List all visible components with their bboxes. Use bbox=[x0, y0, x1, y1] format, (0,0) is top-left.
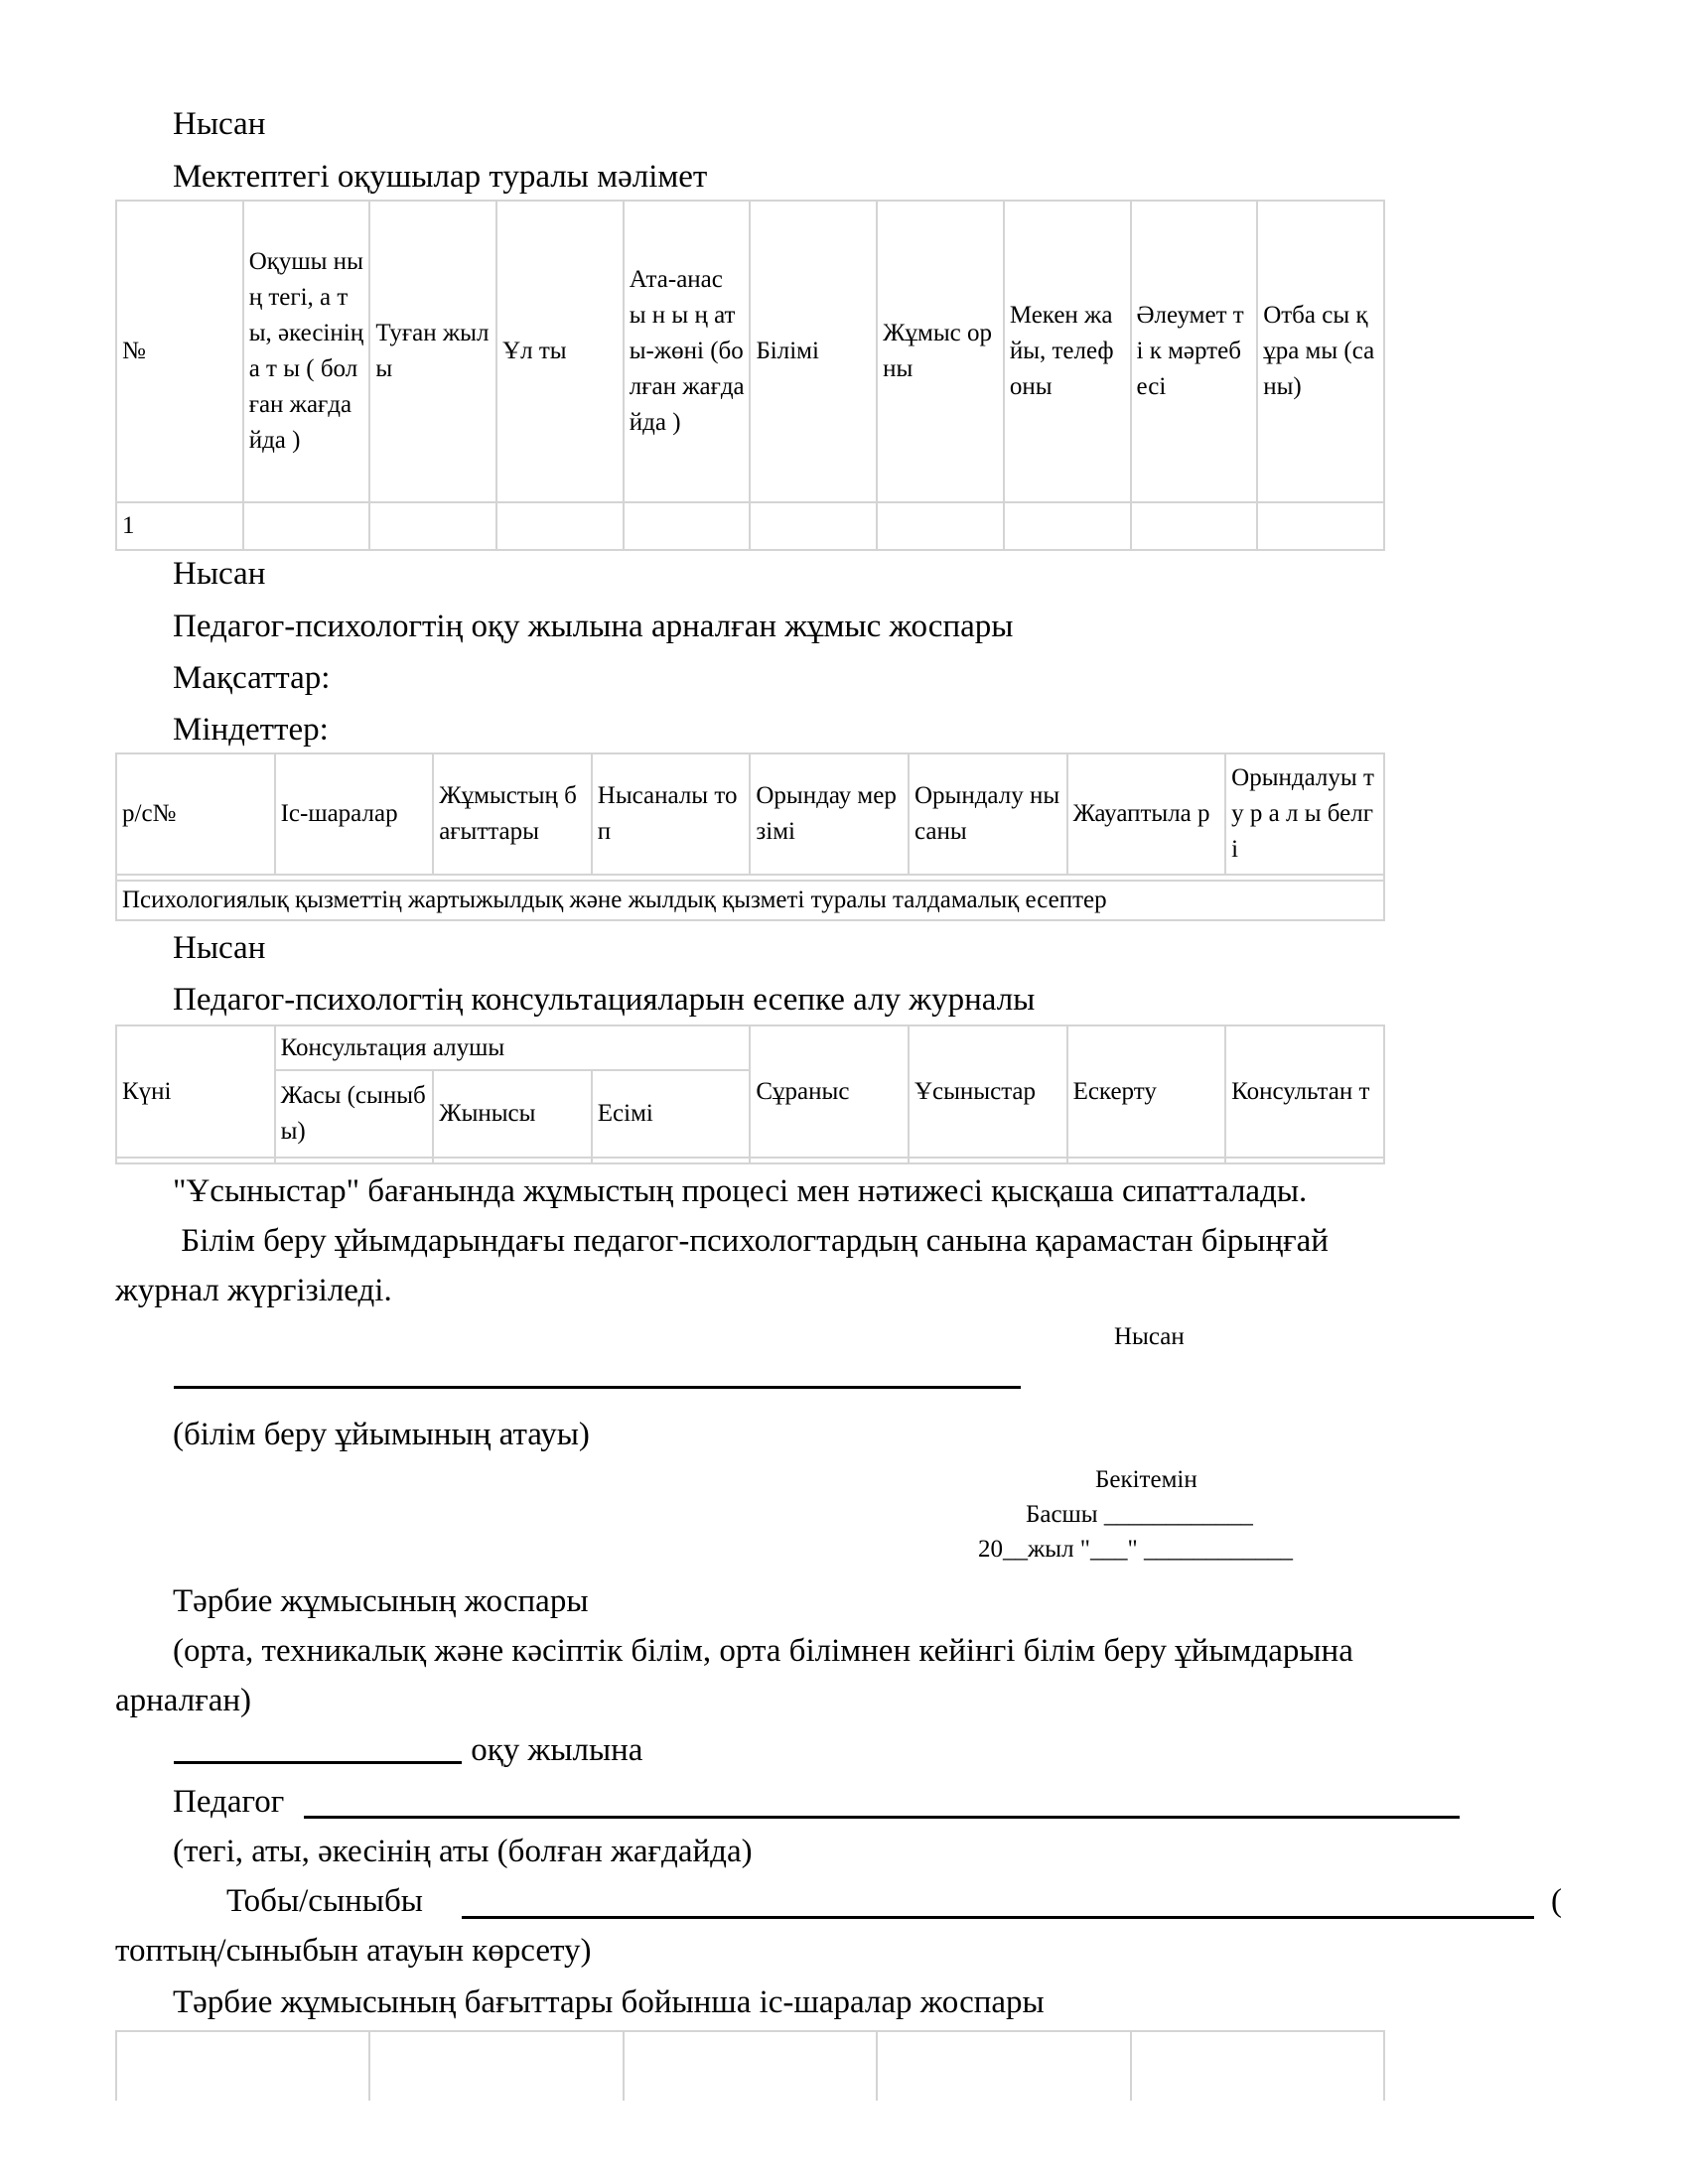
table-cell[interactable] bbox=[496, 502, 624, 550]
table-cell[interactable] bbox=[1225, 1158, 1384, 1163]
group-caption: топтың/сыныбын атауын көрсету) bbox=[115, 1931, 591, 1971]
table-cell[interactable] bbox=[624, 2031, 877, 2101]
col-header-nationality: Ұл ты bbox=[496, 201, 624, 502]
table-cell[interactable] bbox=[1067, 1158, 1226, 1163]
table-cell[interactable] bbox=[1131, 502, 1258, 550]
row-number-cell: 1 bbox=[116, 502, 243, 550]
teacher-caption: (тегі, аты, әкесінің аты (болған жағдайд… bbox=[173, 1832, 753, 1871]
table-cell[interactable] bbox=[624, 502, 751, 550]
table-cell[interactable] bbox=[116, 1158, 275, 1163]
table-cell[interactable] bbox=[1257, 502, 1384, 550]
form4-title: Тәрбие жұмысының жоспары bbox=[173, 1581, 589, 1621]
section-row-text: Психологиялық қызметтің жартыжылдық және… bbox=[116, 881, 1384, 920]
consultation-journal-table: Күні Консультация алушы Сұраныс Ұсыныста… bbox=[115, 1024, 1385, 1164]
col-header-completion-mark: Орындалуы т у р а л ы белгі bbox=[1225, 753, 1384, 875]
form3-label: Нысан bbox=[173, 928, 265, 968]
col-header-education: Білімі bbox=[750, 201, 877, 502]
col-header-number: № bbox=[116, 201, 243, 502]
academic-year-line[interactable] bbox=[174, 1761, 462, 1764]
table-cell[interactable] bbox=[877, 502, 1004, 550]
col-header-gender: Жынысы bbox=[433, 1070, 592, 1158]
col-header-student-name: Оқушы ның тегі, а т ы, әкесінің а т ы ( … bbox=[243, 201, 370, 502]
col-header-date: Күні bbox=[116, 1025, 275, 1158]
plan-title: Тәрбие жұмысының бағыттары бойынша іс-ша… bbox=[173, 1982, 1045, 2022]
group-name-line[interactable] bbox=[462, 1916, 1534, 1919]
col-header-family-size: Отба сы құра мы (са ны) bbox=[1257, 201, 1384, 502]
col-header-note: Ескерту bbox=[1067, 1025, 1226, 1158]
table-row bbox=[116, 2031, 1384, 2101]
academic-year-suffix: оқу жылына bbox=[463, 1730, 642, 1770]
col-header-row-number: р/с№ bbox=[116, 753, 275, 875]
goals-label: Мақсаттар: bbox=[173, 658, 330, 698]
group-label: Тобы/сыныбы bbox=[226, 1881, 423, 1921]
note-recommendations: "Ұсыныстар" бағанында жұмыстың процесі м… bbox=[173, 1171, 1307, 1211]
col-header-recommendations: Ұсыныстар bbox=[909, 1025, 1067, 1158]
table-row bbox=[116, 1158, 1384, 1163]
approval-date-line: 20__жыл "___" ____________ bbox=[978, 1535, 1293, 1565]
table-cell[interactable] bbox=[433, 1158, 592, 1163]
tasks-label: Міндеттер: bbox=[173, 710, 329, 750]
col-header-deadline: Орындау мерзімі bbox=[750, 753, 909, 875]
table-header-row: Күні Консультация алушы Сұраныс Ұсыныста… bbox=[116, 1025, 1384, 1070]
table-header-row: № Оқушы ның тегі, а т ы, әкесінің а т ы … bbox=[116, 201, 1384, 502]
col-header-workplace: Жұмыс орны bbox=[877, 201, 1004, 502]
table-header-row: р/с№ Іс-шаралар Жұмыстың бағыттары Нысан… bbox=[116, 753, 1384, 875]
table-cell[interactable] bbox=[877, 2031, 1130, 2101]
table-cell[interactable] bbox=[750, 502, 877, 550]
activity-plan-table bbox=[115, 2030, 1385, 2101]
col-header-recipient-group: Консультация алушы bbox=[275, 1025, 751, 1070]
table-cell[interactable] bbox=[750, 1158, 909, 1163]
col-header-activities: Іс-шаралар bbox=[275, 753, 434, 875]
col-header-completion-form: Орындалу нысаны bbox=[909, 753, 1067, 875]
form3-title: Педагог-психологтің консультацияларын ес… bbox=[173, 980, 1035, 1020]
work-plan-table: р/с№ Іс-шаралар Жұмыстың бағыттары Нысан… bbox=[115, 752, 1385, 921]
note-single-journal-line1: Білім беру ұйымдарындағы педагог-психоло… bbox=[173, 1221, 1329, 1261]
approve-label: Бекітемін bbox=[1095, 1465, 1197, 1495]
col-header-name: Есімі bbox=[592, 1070, 751, 1158]
note-single-journal-line2: журнал жүргізіледі. bbox=[115, 1271, 392, 1310]
table-cell[interactable] bbox=[1131, 2031, 1384, 2101]
org-name-caption: (білім беру ұйымының атауы) bbox=[173, 1415, 590, 1454]
col-header-responsible: Жауаптыла р bbox=[1067, 753, 1226, 875]
col-header-consultant: Консультан т bbox=[1225, 1025, 1384, 1158]
group-caption-open-paren: ( bbox=[1551, 1881, 1562, 1921]
table-cell[interactable] bbox=[909, 1158, 1067, 1163]
col-header-birth-year: Туған жылы bbox=[369, 201, 496, 502]
teacher-name-line[interactable] bbox=[304, 1816, 1460, 1819]
head-signature-line: Басшы ____________ bbox=[1026, 1500, 1253, 1530]
teacher-label: Педагог bbox=[173, 1782, 284, 1822]
form2-label: Нысан bbox=[173, 554, 265, 594]
col-header-request: Сұраныс bbox=[750, 1025, 909, 1158]
table-cell[interactable] bbox=[369, 2031, 623, 2101]
col-header-directions: Жұмыстың бағыттары bbox=[433, 753, 592, 875]
form4-subtitle-line2: арналған) bbox=[115, 1681, 251, 1720]
col-header-age: Жасы (сыныбы) bbox=[275, 1070, 434, 1158]
col-header-social-status: Әлеумет т і к мәртебесі bbox=[1131, 201, 1258, 502]
col-header-parent-name: Ата-анас ы н ы ң аты-жөні (болған жағдай… bbox=[624, 201, 751, 502]
section-row: Психологиялық қызметтің жартыжылдық және… bbox=[116, 881, 1384, 920]
form2-title: Педагог-психологтің оқу жылына арналған … bbox=[173, 607, 1013, 646]
org-name-line[interactable] bbox=[174, 1386, 1021, 1389]
students-info-table: № Оқушы ның тегі, а т ы, әкесінің а т ы … bbox=[115, 200, 1385, 551]
form4-label: Нысан bbox=[1114, 1322, 1185, 1352]
table-cell[interactable] bbox=[243, 502, 370, 550]
col-header-target-group: Нысаналы топ bbox=[592, 753, 751, 875]
form4-subtitle-line1: (орта, техникалық және кәсіптік білім, о… bbox=[173, 1631, 1353, 1671]
table-cell[interactable] bbox=[369, 502, 496, 550]
table-row: 1 bbox=[116, 502, 1384, 550]
table-cell[interactable] bbox=[592, 1158, 751, 1163]
table-cell[interactable] bbox=[275, 1158, 434, 1163]
col-header-address-phone: Мекен жайы, телефоны bbox=[1004, 201, 1131, 502]
table-cell[interactable] bbox=[116, 2031, 369, 2101]
table-cell[interactable] bbox=[1004, 502, 1131, 550]
form1-label: Нысан bbox=[173, 104, 265, 144]
form1-title: Мектептегі оқушылар туралы мәлімет bbox=[173, 157, 707, 197]
